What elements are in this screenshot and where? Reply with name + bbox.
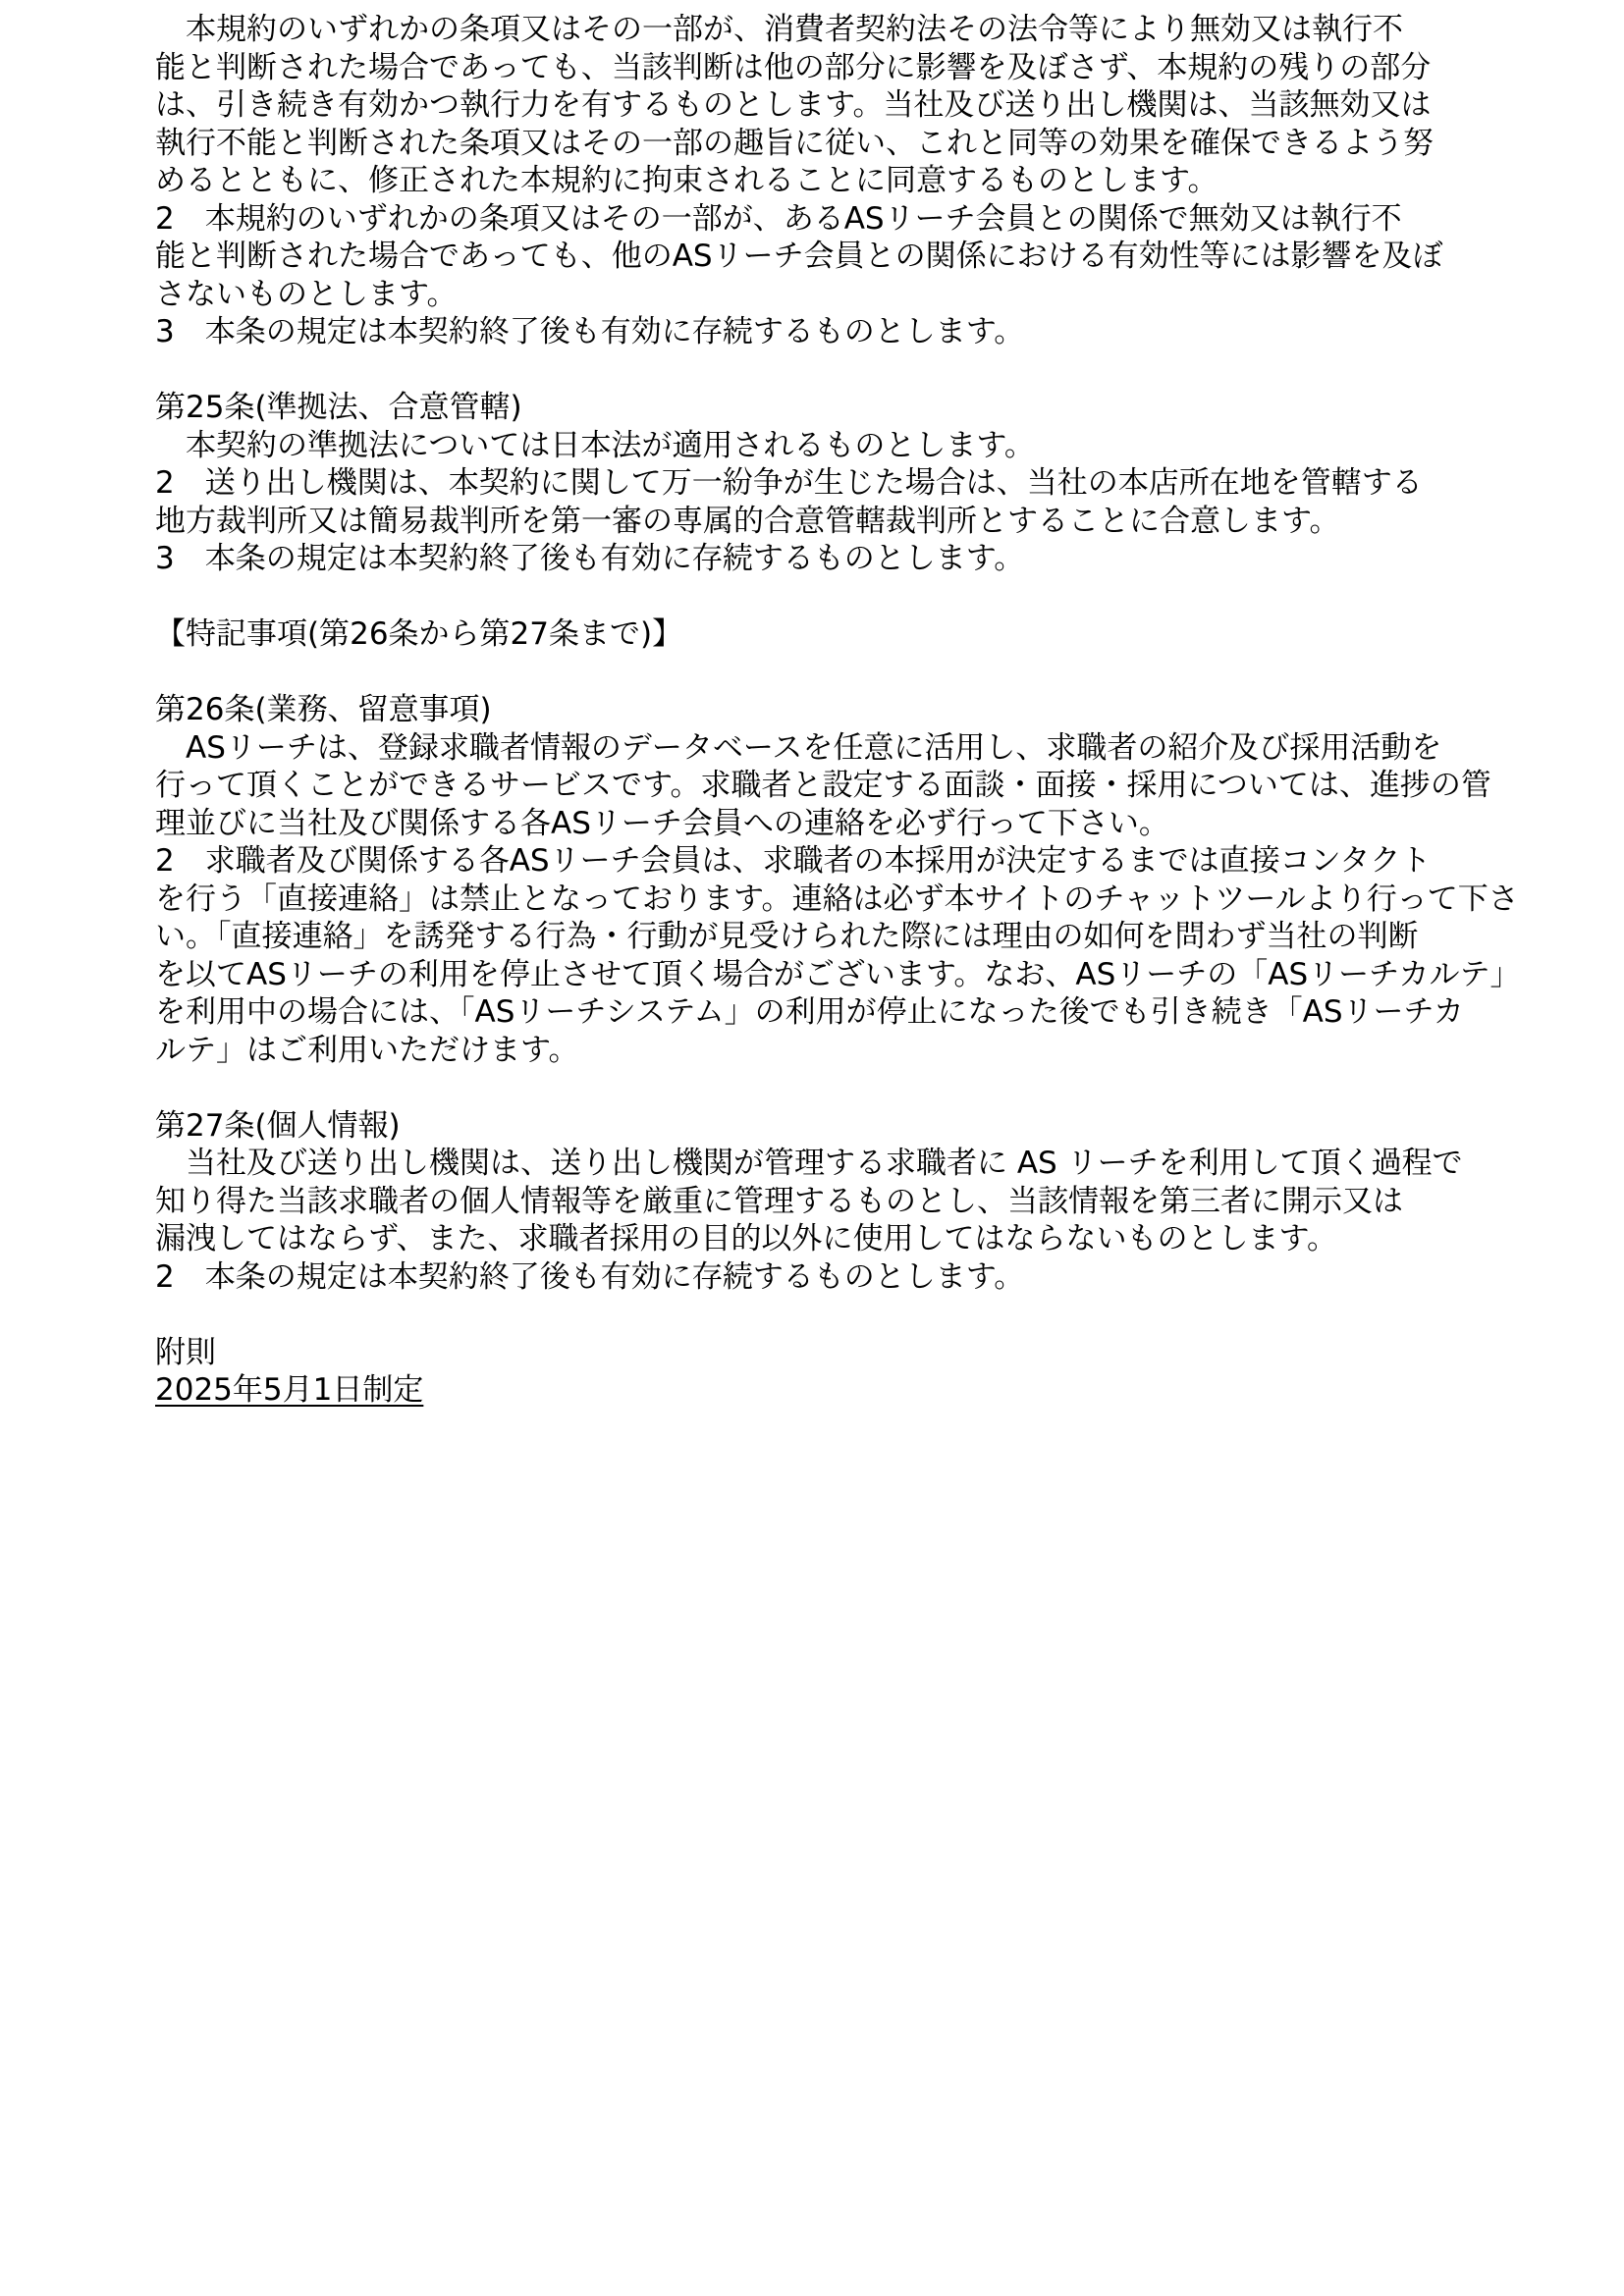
text-line: 2 送り出し機関は、本契約に関して万一紛争が生じた場合は、当社の本店所在地を管轄…	[155, 464, 1490, 503]
article-26-heading: 第26条(業務、留意事項)	[155, 691, 1490, 729]
article-25-heading: 第25条(準拠法、合意管轄)	[155, 389, 1490, 427]
text-line: い。「直接連絡」を誘発する行為・行動が見受けられた際には理由の如何を問わず当社の…	[155, 918, 1490, 956]
text-line: 当社及び送り出し機関は、送り出し機関が管理する求職者に AS リーチを利用して頂…	[155, 1145, 1490, 1183]
text-line: 地方裁判所又は簡易裁判所を第一審の専属的合意管轄裁判所とすることに合意します。	[155, 503, 1490, 541]
article-27-heading: 第27条(個人情報)	[155, 1107, 1490, 1146]
text-line: 3 本条の規定は本契約終了後も有効に存続するものとします。	[155, 313, 1490, 351]
enactment-date: 2025年5月1日制定	[155, 1371, 1490, 1410]
text-line: を行う「直接連絡」は禁止となっております。連絡は必ず本サイトのチャットツールより…	[155, 881, 1490, 919]
text-line: 執行不能と判断された条項又はその一部の趣旨に従い、これと同等の効果を確保できるよ…	[155, 125, 1490, 163]
text-line: 能と判断された場合であっても、他のASリーチ会員との関係における有効性等には影響…	[155, 238, 1490, 276]
text-line: 3 本条の規定は本契約終了後も有効に存続するものとします。	[155, 540, 1490, 578]
article-27-personal-information: 第27条(個人情報) 当社及び送り出し機関は、送り出し機関が管理する求職者に A…	[155, 1107, 1490, 1297]
text-line: 2 本規約のいずれかの条項又はその一部が、あるASリーチ会員との関係で無効又は執…	[155, 200, 1490, 239]
article-25-governing-law: 第25条(準拠法、合意管轄) 本契約の準拠法については日本法が適用されるものとし…	[155, 389, 1490, 578]
text-line: 能と判断された場合であっても、当該判断は他の部分に影響を及ぼさず、本規約の残りの…	[155, 49, 1490, 87]
text-line: 漏洩してはならず、また、求職者採用の目的以外に使用してはならないものとします。	[155, 1220, 1490, 1258]
text-line: 理並びに当社及び関係する各ASリーチ会員への連絡を必ず行って下さい。	[155, 805, 1490, 843]
supplementary-provisions-heading: 附則	[155, 1334, 1490, 1372]
text-line: を利用中の場合には、「ASリーチシステム」の利用が停止になった後でも引き続き「A…	[155, 993, 1490, 1032]
document-content: 本規約のいずれかの条項又はその一部が、消費者契約法その法令等により無効又は執行不…	[155, 11, 1490, 1410]
severability-clause-paragraphs: 本規約のいずれかの条項又はその一部が、消費者契約法その法令等により無効又は執行不…	[155, 11, 1490, 351]
special-provisions-header: 【特記事項(第26条から第27条まで)】	[155, 615, 1490, 654]
text-line: 行って頂くことができるサービスです。求職者と設定する面談・面接・採用については、…	[155, 767, 1490, 805]
text-line: 知り得た当該求職者の個人情報等を厳重に管理するものとし、当該情報を第三者に開示又…	[155, 1183, 1490, 1221]
text-line: を以てASリーチの利用を停止させて頂く場合がございます。なお、ASリーチの「AS…	[155, 956, 1490, 994]
document-page: 本規約のいずれかの条項又はその一部が、消費者契約法その法令等により無効又は執行不…	[0, 0, 1624, 2296]
text-line: 本規約のいずれかの条項又はその一部が、消費者契約法その法令等により無効又は執行不	[155, 11, 1490, 49]
text-line: 本契約の準拠法については日本法が適用されるものとします。	[155, 427, 1490, 465]
text-line: は、引き続き有効かつ執行力を有するものとします。当社及び送り出し機関は、当該無効…	[155, 86, 1490, 125]
article-26-services-notes: 第26条(業務、留意事項) ASリーチは、登録求職者情報のデータベースを任意に活…	[155, 691, 1490, 1069]
text-line: 2 本条の規定は本契約終了後も有効に存続するものとします。	[155, 1258, 1490, 1297]
text-line: ルテ」はご利用いただけます。	[155, 1032, 1490, 1070]
text-line: めるとともに、修正された本規約に拘束されることに同意するものとします。	[155, 162, 1490, 200]
supplementary-provisions: 附則 2025年5月1日制定	[155, 1334, 1490, 1410]
text-line: ASリーチは、登録求職者情報のデータベースを任意に活用し、求職者の紹介及び採用活…	[155, 729, 1490, 768]
special-provisions-title: 【特記事項(第26条から第27条まで)】	[155, 615, 1490, 654]
text-line: 2 求職者及び関係する各ASリーチ会員は、求職者の本採用が決定するまでは直接コン…	[155, 842, 1490, 881]
text-line: さないものとします。	[155, 276, 1490, 314]
